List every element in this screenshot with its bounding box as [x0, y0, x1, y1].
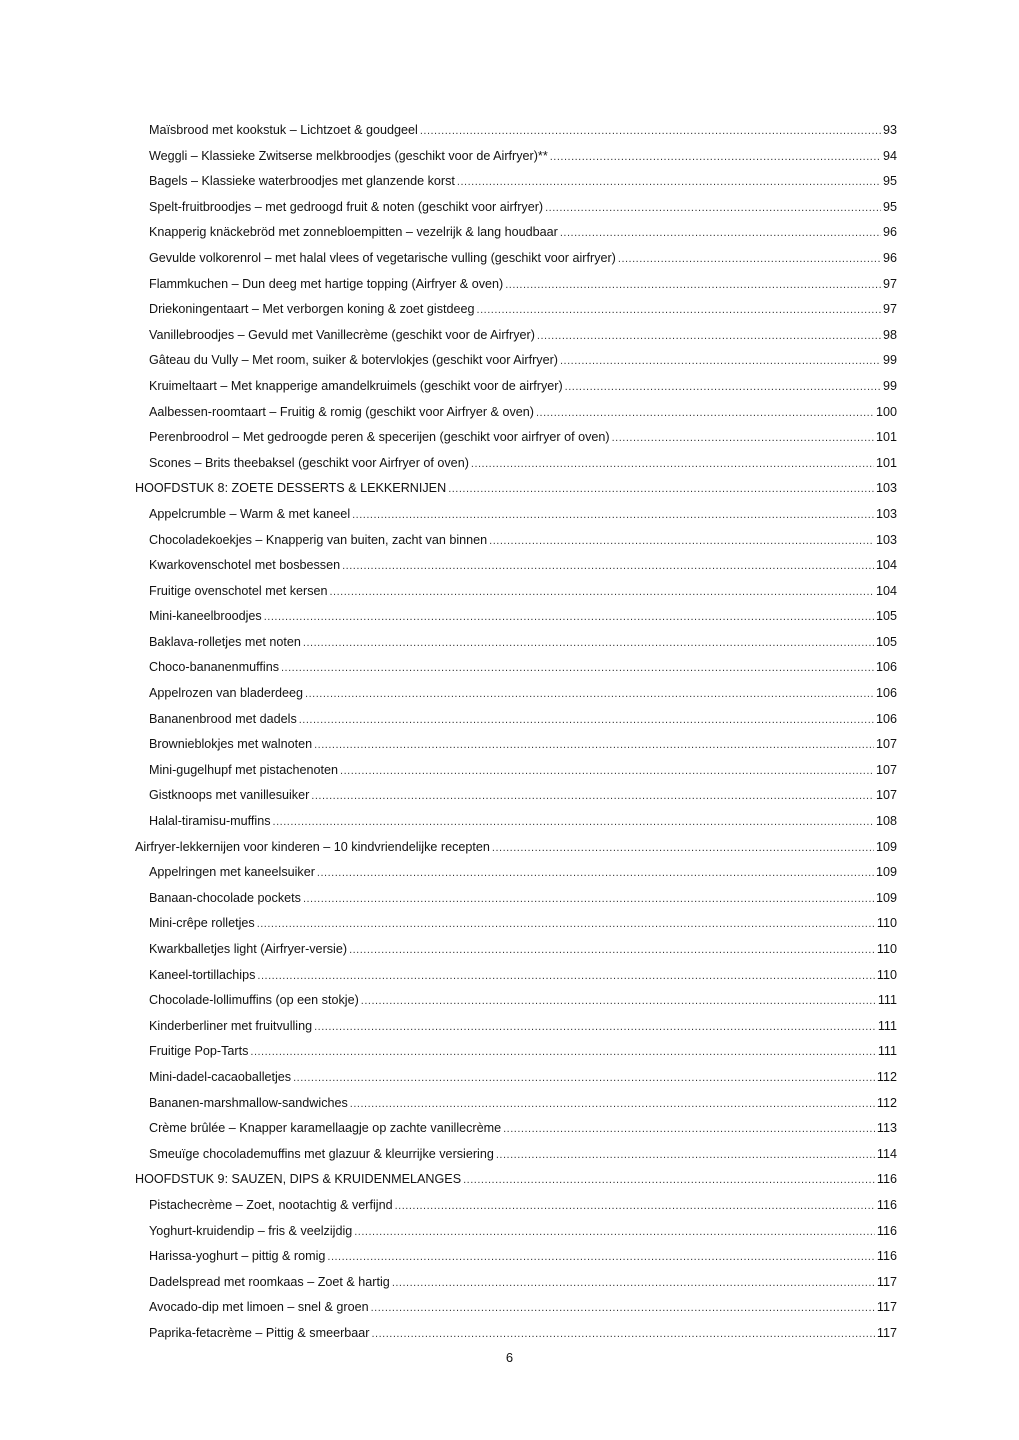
toc-entry-title: Appelrozen van bladerdeeg [149, 683, 303, 703]
toc-entry-title: Bagels – Klassieke waterbroodjes met gla… [149, 171, 455, 191]
toc-entry-title: Kinderberliner met fruitvulling [149, 1016, 312, 1036]
toc-entry-title: Banaan-chocolade pockets [149, 888, 301, 908]
toc-entry[interactable]: Knapperig knäckebröd met zonnebloempitte… [135, 222, 897, 248]
toc-entry-title: Appelringen met kaneelsuiker [149, 862, 315, 882]
toc-entry-page: 110 [877, 965, 897, 985]
toc-entry-page: 111 [878, 990, 897, 1010]
toc-entry-page: 116 [877, 1221, 897, 1241]
toc-entry-title: Kaneel-tortillachips [149, 965, 255, 985]
toc-entry-title: Appelcrumble – Warm & met kaneel [149, 504, 350, 524]
toc-entry-title: Gâteau du Vully – Met room, suiker & bot… [149, 350, 558, 370]
toc-entry-page: 107 [876, 734, 897, 754]
toc-entry[interactable]: Kaneel-tortillachips110 [135, 965, 897, 991]
toc-entry-title: Chocolade-lollimuffins (op een stokje) [149, 990, 359, 1010]
toc-entry-page: 111 [878, 1016, 897, 1036]
dot-leader [471, 453, 874, 474]
toc-entry-page: 106 [876, 657, 897, 677]
toc-entry-title: Bananen-marshmallow-sandwiches [149, 1093, 348, 1113]
dot-leader [327, 1246, 875, 1267]
dot-leader [273, 811, 874, 832]
dot-leader [317, 862, 874, 883]
toc-entry-page: 104 [876, 581, 897, 601]
toc-entry-title: Avocado-dip met limoen – snel & groen [149, 1297, 369, 1317]
toc-entry[interactable]: Chocolade-lollimuffins (op een stokje)11… [135, 990, 897, 1016]
toc-entry[interactable]: Flammkuchen – Dun deeg met hartige toppi… [135, 274, 897, 300]
toc-entry[interactable]: Fruitige ovenschotel met kersen104 [135, 581, 897, 607]
toc-entry[interactable]: Kwarkovenschotel met bosbessen104 [135, 555, 897, 581]
dot-leader [257, 913, 875, 934]
toc-entry[interactable]: Mini-dadel-cacaoballetjes112 [135, 1067, 897, 1093]
toc-entry[interactable]: Mini-crêpe rolletjes110 [135, 913, 897, 939]
toc-entry[interactable]: Weggli – Klassieke Zwitserse melkbroodje… [135, 146, 897, 172]
dot-leader [314, 734, 874, 755]
toc-entry[interactable]: Fruitige Pop-Tarts111 [135, 1041, 897, 1067]
toc-entry-title: Fruitige ovenschotel met kersen [149, 581, 328, 601]
toc-entry[interactable]: Pistachecrème – Zoet, nootachtig & verfi… [135, 1195, 897, 1221]
toc-entry-page: 117 [877, 1297, 897, 1317]
toc-entry-title: Driekoningentaart – Met verborgen koning… [149, 299, 475, 319]
dot-leader [371, 1323, 874, 1344]
dot-leader [448, 478, 874, 499]
toc-entry-title: Fruitige Pop-Tarts [149, 1041, 248, 1061]
toc-entry-title: Scones – Brits theebaksel (geschikt voor… [149, 453, 469, 473]
toc-entry-page: 97 [883, 274, 897, 294]
dot-leader [342, 555, 874, 576]
toc-entry-page: 116 [877, 1246, 897, 1266]
dot-leader [505, 274, 881, 295]
toc-entry-page: 101 [876, 427, 897, 447]
toc-entry-title: Dadelspread met roomkaas – Zoet & hartig [149, 1272, 390, 1292]
toc-entry-page: 106 [876, 683, 897, 703]
dot-leader [340, 760, 874, 781]
dot-leader [420, 120, 881, 141]
dot-leader [457, 171, 881, 192]
dot-leader [612, 427, 874, 448]
toc-entry-page: 106 [876, 709, 897, 729]
toc-entry-title: Mini-dadel-cacaoballetjes [149, 1067, 291, 1087]
toc-entry-title: Kruimeltaart – Met knapperige amandelkru… [149, 376, 563, 396]
toc-entry-title: Halal-tiramisu-muffins [149, 811, 271, 831]
toc-entry[interactable]: Paprika-fetacrème – Pittig & smeerbaar11… [135, 1323, 897, 1349]
toc-entry-page: 100 [876, 402, 897, 422]
toc-entry-title: Mini-kaneelbroodjes [149, 606, 262, 626]
page-number: 6 [0, 1350, 1019, 1365]
toc-entry-title: Maïsbrood met kookstuk – Lichtzoet & gou… [149, 120, 418, 140]
toc-entry-title: Pistachecrème – Zoet, nootachtig & verfi… [149, 1195, 393, 1215]
dot-leader [560, 222, 881, 243]
dot-leader [503, 1118, 875, 1139]
table-of-contents: Maïsbrood met kookstuk – Lichtzoet & gou… [135, 120, 897, 1349]
toc-entry-title: Baklava-rolletjes met noten [149, 632, 301, 652]
toc-entry[interactable]: Appelcrumble – Warm & met kaneel103 [135, 504, 897, 530]
toc-entry[interactable]: Halal-tiramisu-muffins108 [135, 811, 897, 837]
toc-chapter-entry[interactable]: Airfryer-lekkernijen voor kinderen – 10 … [135, 837, 897, 863]
dot-leader [281, 657, 874, 678]
toc-entry-page: 109 [876, 837, 897, 857]
toc-entry-title: Choco-bananenmuffins [149, 657, 279, 677]
dot-leader [354, 1221, 875, 1242]
toc-entry[interactable]: Banaan-chocolade pockets109 [135, 888, 897, 914]
toc-entry[interactable]: Bagels – Klassieke waterbroodjes met gla… [135, 171, 897, 197]
dot-leader [257, 965, 875, 986]
toc-entry[interactable]: Aalbessen-roomtaart – Fruitig & romig (g… [135, 402, 897, 428]
toc-entry[interactable]: Gâteau du Vully – Met room, suiker & bot… [135, 350, 897, 376]
toc-entry[interactable]: Scones – Brits theebaksel (geschikt voor… [135, 453, 897, 479]
dot-leader [496, 1144, 875, 1165]
toc-entry-page: 97 [883, 299, 897, 319]
toc-entry[interactable]: Chocoladekoekjes – Knapperig van buiten,… [135, 530, 897, 556]
toc-entry-page: 114 [877, 1144, 897, 1164]
toc-entry-page: 103 [876, 530, 897, 550]
toc-entry-page: 94 [883, 146, 897, 166]
toc-entry-page: 109 [876, 862, 897, 882]
dot-leader [303, 888, 874, 909]
dot-leader [303, 632, 874, 653]
dot-leader [250, 1041, 875, 1062]
dot-leader [550, 146, 881, 167]
toc-entry[interactable]: Dadelspread met roomkaas – Zoet & hartig… [135, 1272, 897, 1298]
toc-entry[interactable]: Mini-gugelhupf met pistachenoten107 [135, 760, 897, 786]
toc-entry-title: Flammkuchen – Dun deeg met hartige toppi… [149, 274, 503, 294]
dot-leader [264, 606, 874, 627]
dot-leader [349, 939, 875, 960]
dot-leader [489, 530, 874, 551]
toc-entry[interactable]: Kwarkballetjes light (Airfryer-versie)11… [135, 939, 897, 965]
toc-entry[interactable]: Mini-kaneelbroodjes105 [135, 606, 897, 632]
toc-entry-page: 103 [876, 504, 897, 524]
toc-entry-title: Smeuïge chocolademuffins met glazuur & k… [149, 1144, 494, 1164]
toc-entry-page: 117 [877, 1323, 897, 1343]
toc-entry-page: 109 [876, 888, 897, 908]
toc-entry-page: 112 [877, 1067, 897, 1087]
toc-entry-title: Chocoladekoekjes – Knapperig van buiten,… [149, 530, 487, 550]
dot-leader [371, 1297, 875, 1318]
dot-leader [545, 197, 881, 218]
toc-entry-title: HOOFDSTUK 8: ZOETE DESSERTS & LEKKERNIJE… [135, 478, 446, 498]
dot-leader [299, 709, 874, 730]
toc-chapter-entry[interactable]: HOOFDSTUK 9: SAUZEN, DIPS & KRUIDENMELAN… [135, 1169, 897, 1195]
toc-entry-page: 103 [876, 478, 897, 498]
toc-entry-title: Aalbessen-roomtaart – Fruitig & romig (g… [149, 402, 534, 422]
toc-entry-page: 98 [883, 325, 897, 345]
toc-entry-page: 104 [876, 555, 897, 575]
toc-entry-title: Gevulde volkorenrol – met halal vlees of… [149, 248, 616, 268]
toc-entry[interactable]: Smeuïge chocolademuffins met glazuur & k… [135, 1144, 897, 1170]
dot-leader [305, 683, 874, 704]
toc-entry-page: 116 [877, 1169, 897, 1189]
toc-entry[interactable]: Gistknoops met vanillesuiker107 [135, 785, 897, 811]
dot-leader [314, 1016, 876, 1037]
toc-entry-page: 96 [883, 248, 897, 268]
toc-entry-page: 110 [877, 913, 897, 933]
toc-entry-page: 105 [876, 606, 897, 626]
toc-entry[interactable]: Yoghurt-kruidendip – fris & veelzijdig11… [135, 1221, 897, 1247]
toc-entry[interactable]: Bananenbrood met dadels106 [135, 709, 897, 735]
dot-leader [361, 990, 876, 1011]
toc-entry[interactable]: Gevulde volkorenrol – met halal vlees of… [135, 248, 897, 274]
toc-entry-page: 95 [883, 197, 897, 217]
toc-chapter-entry[interactable]: HOOFDSTUK 8: ZOETE DESSERTS & LEKKERNIJE… [135, 478, 897, 504]
toc-entry-title: Kwarkballetjes light (Airfryer-versie) [149, 939, 347, 959]
toc-entry-page: 107 [876, 785, 897, 805]
toc-entry[interactable]: Driekoningentaart – Met verborgen koning… [135, 299, 897, 325]
dot-leader [560, 350, 881, 371]
toc-entry-title: Spelt-fruitbroodjes – met gedroogd fruit… [149, 197, 543, 217]
toc-entry[interactable]: Bananen-marshmallow-sandwiches112 [135, 1093, 897, 1119]
toc-entry-page: 112 [877, 1093, 897, 1113]
toc-entry-title: Bananenbrood met dadels [149, 709, 297, 729]
toc-entry[interactable]: Baklava-rolletjes met noten105 [135, 632, 897, 658]
toc-entry[interactable]: Maïsbrood met kookstuk – Lichtzoet & gou… [135, 120, 897, 146]
toc-entry[interactable]: Harissa-yoghurt – pittig & romig116 [135, 1246, 897, 1272]
dot-leader [395, 1195, 875, 1216]
dot-leader [350, 1093, 875, 1114]
toc-entry-page: 116 [877, 1195, 897, 1215]
toc-entry-title: Gistknoops met vanillesuiker [149, 785, 309, 805]
toc-entry[interactable]: Crème brûlée – Knapper karamellaagje op … [135, 1118, 897, 1144]
toc-entry-title: Weggli – Klassieke Zwitserse melkbroodje… [149, 146, 548, 166]
toc-entry-page: 95 [883, 171, 897, 191]
dot-leader [537, 325, 881, 346]
toc-entry-title: Knapperig knäckebröd met zonnebloempitte… [149, 222, 558, 242]
toc-entry[interactable]: Appelrozen van bladerdeeg106 [135, 683, 897, 709]
toc-entry[interactable]: Brownieblokjes met walnoten107 [135, 734, 897, 760]
dot-leader [477, 299, 881, 320]
toc-entry-page: 113 [877, 1118, 897, 1138]
toc-entry-title: Crème brûlée – Knapper karamellaagje op … [149, 1118, 501, 1138]
toc-entry-title: Harissa-yoghurt – pittig & romig [149, 1246, 325, 1266]
toc-entry-title: Airfryer-lekkernijen voor kinderen – 10 … [135, 837, 490, 857]
toc-entry-title: Mini-crêpe rolletjes [149, 913, 255, 933]
toc-entry-title: Mini-gugelhupf met pistachenoten [149, 760, 338, 780]
toc-entry-page: 99 [883, 376, 897, 396]
toc-entry[interactable]: Spelt-fruitbroodjes – met gedroogd fruit… [135, 197, 897, 223]
dot-leader [492, 837, 874, 858]
dot-leader [618, 248, 881, 269]
toc-entry-page: 107 [876, 760, 897, 780]
dot-leader [536, 402, 874, 423]
toc-entry-title: Perenbroodrol – Met gedroogde peren & sp… [149, 427, 610, 447]
toc-entry[interactable]: Perenbroodrol – Met gedroogde peren & sp… [135, 427, 897, 453]
toc-entry-page: 99 [883, 350, 897, 370]
dot-leader [565, 376, 881, 397]
dot-leader [293, 1067, 875, 1088]
toc-entry-page: 105 [876, 632, 897, 652]
toc-entry-page: 117 [877, 1272, 897, 1292]
toc-entry-page: 96 [883, 222, 897, 242]
toc-entry-page: 108 [876, 811, 897, 831]
toc-entry[interactable]: Avocado-dip met limoen – snel & groen117 [135, 1297, 897, 1323]
dot-leader [311, 785, 874, 806]
toc-entry-page: 110 [877, 939, 897, 959]
dot-leader [352, 504, 874, 525]
dot-leader [392, 1272, 875, 1293]
toc-entry[interactable]: Kruimeltaart – Met knapperige amandelkru… [135, 376, 897, 402]
toc-entry-title: Paprika-fetacrème – Pittig & smeerbaar [149, 1323, 369, 1343]
toc-entry-page: 101 [876, 453, 897, 473]
toc-entry[interactable]: Appelringen met kaneelsuiker109 [135, 862, 897, 888]
dot-leader [330, 581, 874, 602]
toc-entry-title: HOOFDSTUK 9: SAUZEN, DIPS & KRUIDENMELAN… [135, 1169, 461, 1189]
toc-entry[interactable]: Choco-bananenmuffins106 [135, 657, 897, 683]
toc-entry[interactable]: Vanillebroodjes – Gevuld met Vanillecrèm… [135, 325, 897, 351]
toc-entry-page: 111 [878, 1041, 897, 1061]
toc-entry[interactable]: Kinderberliner met fruitvulling111 [135, 1016, 897, 1042]
toc-entry-title: Kwarkovenschotel met bosbessen [149, 555, 340, 575]
toc-entry-title: Vanillebroodjes – Gevuld met Vanillecrèm… [149, 325, 535, 345]
dot-leader [463, 1169, 875, 1190]
toc-entry-page: 93 [883, 120, 897, 140]
toc-entry-title: Brownieblokjes met walnoten [149, 734, 312, 754]
toc-entry-title: Yoghurt-kruidendip – fris & veelzijdig [149, 1221, 352, 1241]
